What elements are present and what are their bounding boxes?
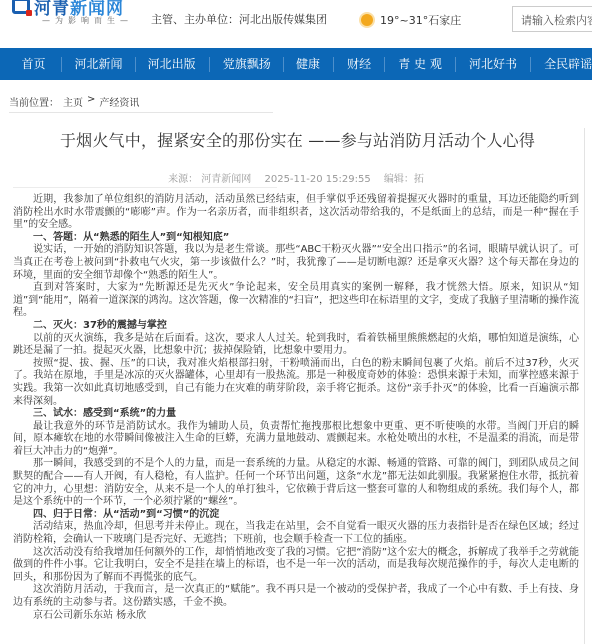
weather-text: 19°~31°石家庄	[380, 12, 461, 28]
main-nav: 首页 河北新闻 河北出版 党旗飘扬 健康 财经 青 史 观 河北好书 全民辟谣	[0, 48, 592, 80]
logo-main: 河青新闻网	[12, 0, 124, 16]
article-paragraph: 说实话，一开始的消防知识答题，我以为是老生常谈。那些“ABC干粉灭火器”“安全出…	[13, 244, 579, 282]
nav-item-party-flag[interactable]: 党旗飘扬	[223, 48, 271, 80]
nav-divider	[333, 57, 334, 72]
nav-divider	[455, 57, 456, 72]
weather-widget: 19°~31°石家庄	[361, 12, 461, 28]
section-heading: 四、归于日常：从“活动”到“习惯”的沉淀	[13, 509, 579, 522]
breadcrumb-separator: >	[87, 94, 95, 109]
nav-item-hebei-publishing[interactable]: 河北出版	[148, 48, 196, 80]
nav-divider	[530, 57, 531, 72]
breadcrumb: 当前位置： 主页 > 产经资讯	[9, 94, 139, 109]
nav-divider	[384, 57, 385, 72]
article-paragraph: 活动结束，热血冷却，但思考并未停止。现在，当我走在站里，会不自觉看一眼灭火器的压…	[13, 521, 579, 546]
section-heading: 三、试水：感受到“系统”的力量	[13, 408, 579, 421]
nav-divider	[283, 57, 284, 72]
breadcrumb-current-link[interactable]: 产经资讯	[99, 94, 139, 109]
top-header: 河青新闻网 —为影响而生— 主管、主办单位：河北出版传媒集团 19°~31°石家…	[0, 0, 592, 44]
article-paragraph: 最让我意外的环节是消防试水。我作为辅助人员，负责帮忙拖拽那根比想象中更重、更不听…	[13, 421, 579, 459]
nav-divider	[135, 57, 136, 72]
article-datetime: 2025-11-20 15:29:55	[264, 174, 370, 185]
nav-item-history[interactable]: 青 史 观	[398, 48, 442, 80]
article-paragraph: 近期，我参加了单位组织的消防月活动，活动虽然已经结束，但手掌似乎还残留着提握灭火…	[13, 194, 579, 232]
sponsor-text: 主管、主办单位：河北出版传媒集团	[151, 11, 327, 27]
nav-item-health[interactable]: 健康	[296, 48, 320, 80]
meta-divider	[13, 187, 277, 188]
nav-divider	[61, 57, 62, 72]
article-title: 于烟火气中，握紧安全的那份实在 ——参与站消防月活动个人心得	[0, 128, 592, 151]
article-paragraph: 这次活动没有给我增加任何额外的工作，却悄悄地改变了我的习惯。它把“消防”这个宏大…	[13, 547, 579, 585]
section-heading: 一、答题：从“熟悉的陌生人”到“知根知底”	[13, 232, 579, 245]
section-heading: 二、灭火：37秒的震撼与掌控	[13, 320, 579, 333]
search-input[interactable]: 请输入检索内容	[512, 6, 592, 32]
nav-item-home[interactable]: 首页	[21, 48, 45, 80]
article-paragraph: 按照“提、拔、握、压”的口诀，我对准火焰根部扫射，干粉喷涌而出，白色的粉末瞬间包…	[13, 358, 579, 408]
logo-slogan: —为影响而生—	[42, 15, 133, 26]
article-editor: 编辑：拓	[384, 174, 424, 185]
breadcrumb-home-link[interactable]: 主页	[63, 94, 83, 109]
breadcrumb-prefix: 当前位置：	[9, 94, 59, 109]
article-body: 近期，我参加了单位组织的消防月活动，活动虽然已经结束，但手掌似乎还残留着提握灭火…	[13, 194, 579, 622]
site-logo[interactable]: 河青新闻网 —为影响而生—	[12, 0, 142, 30]
nav-item-rumor-refuting[interactable]: 全民辟谣	[544, 48, 592, 80]
article-paragraph: 那一瞬间，我感受到的不是个人的力量，而是一套系统的力量。从稳定的水源、畅通的管路…	[13, 458, 579, 508]
nav-item-hebei-news[interactable]: 河北新闻	[74, 48, 122, 80]
article-meta: 来源： 河青新闻网 2025-11-20 15:29:55 编辑：拓	[0, 170, 592, 185]
article-paragraph: 直到对答案时，大家为“先断源还是先灭火”争论起来，安全员用真实的案例一解释，我才…	[13, 282, 579, 320]
article-paragraph: 以前的灭火演练，我多是站在后面看。这次，要求人人过关。轮到我时，看着铁桶里熊熊燃…	[13, 333, 579, 358]
nav-item-finance[interactable]: 财经	[347, 48, 371, 80]
sun-icon	[361, 14, 373, 26]
article-source: 来源： 河青新闻网	[168, 174, 251, 185]
nav-item-hebei-books[interactable]: 河北好书	[469, 48, 517, 80]
nav-divider	[209, 57, 210, 72]
logo-mark-icon	[12, 0, 30, 14]
column-divider	[584, 128, 585, 644]
breadcrumb-divider	[9, 112, 273, 113]
article-paragraph: 这次消防月活动，于我而言，是一次真正的“赋能”。我不再只是一个被动的受保护者，我…	[13, 584, 579, 609]
article-signature: 京石公司新乐东站 杨永欣	[13, 610, 579, 623]
